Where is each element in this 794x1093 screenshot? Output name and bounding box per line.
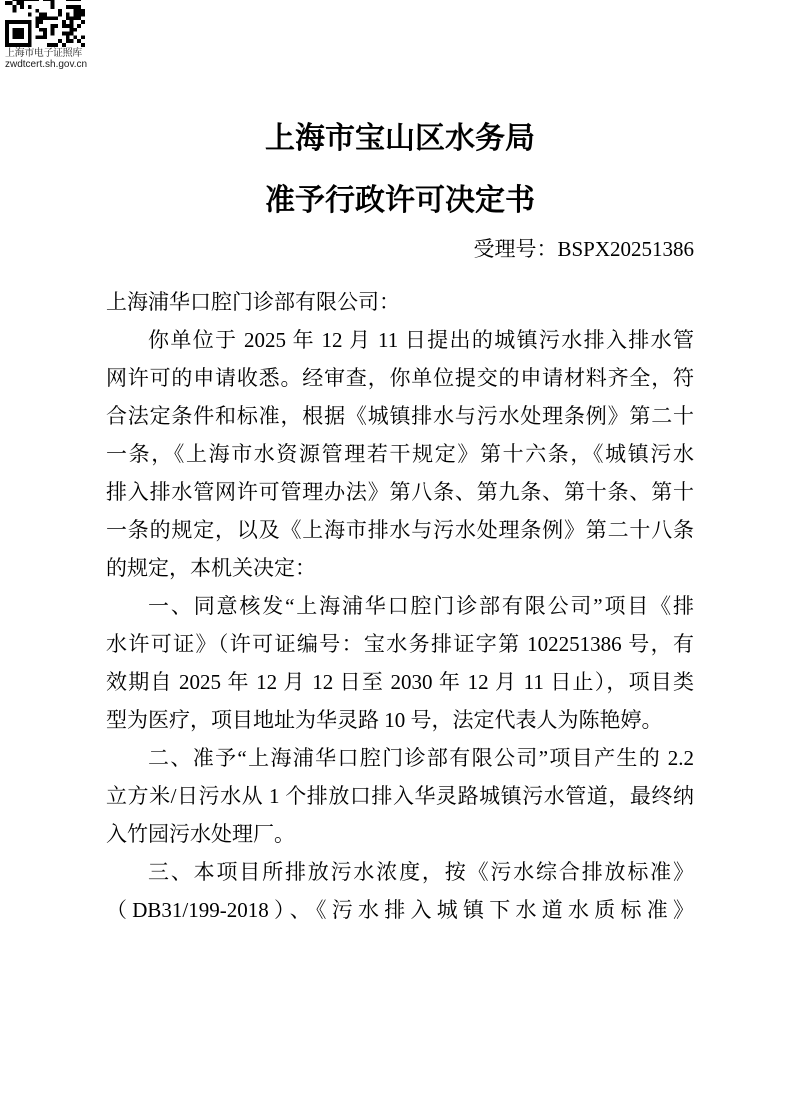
qr-clip bbox=[5, 0, 85, 47]
document-page: 上海市电子证照库 zwdtcert.sh.gov.cn 上海市宝山区水务局 准予… bbox=[0, 0, 794, 1093]
body-line: 你单位于 2025 年 12 月 11 日提出的城镇污水排入排水管 bbox=[106, 321, 694, 359]
acceptance-number-line: 受理号：BSPX20251386 bbox=[106, 236, 694, 263]
body-line: 三、本项目所排放污水浓度，按《污水综合排放标准》 bbox=[106, 853, 694, 891]
body-line: 入竹园污水处理厂。 bbox=[106, 815, 694, 853]
body-line: 合法定条件和标准，根据《城镇排水与污水处理条例》第二十 bbox=[106, 397, 694, 435]
body: 上海浦华口腔门诊部有限公司：你单位于 2025 年 12 月 11 日提出的城镇… bbox=[106, 283, 694, 929]
qr-code-icon bbox=[5, 0, 85, 47]
qr-url: zwdtcert.sh.gov.cn bbox=[5, 59, 93, 70]
body-line: 立方米/日污水从 1 个排放口排入华灵路城镇污水管道，最终纳 bbox=[106, 777, 694, 815]
body-line: 的规定，本机关决定： bbox=[106, 549, 694, 587]
body-line: 效期自 2025 年 12 月 12 日至 2030 年 12 月 11 日止）… bbox=[106, 663, 694, 701]
document-title: 准予行政许可决定书 bbox=[106, 183, 694, 219]
qr-block: 上海市电子证照库 zwdtcert.sh.gov.cn bbox=[5, 0, 93, 70]
qr-library-label: 上海市电子证照库 bbox=[5, 48, 93, 59]
acceptance-label: 受理号： bbox=[473, 237, 557, 261]
body-line: 一条的规定，以及《上海市排水与污水处理条例》第二十八条 bbox=[106, 511, 694, 549]
body-line: （DB31/199-2018）、《污水排入城镇下水道水质标准》 bbox=[106, 891, 694, 929]
body-line: 排入排水管网许可管理办法》第八条、第九条、第十条、第十 bbox=[106, 473, 694, 511]
agency-title: 上海市宝山区水务局 bbox=[106, 121, 694, 157]
body-line: 水许可证》（许可证编号：宝水务排证字第 102251386 号，有 bbox=[106, 625, 694, 663]
body-line: 二、准予“上海浦华口腔门诊部有限公司”项目产生的 2.2 bbox=[106, 739, 694, 777]
body-line: 一条，《上海市水资源管理若干规定》第十六条，《城镇污水 bbox=[106, 435, 694, 473]
body-line: 型为医疗，项目地址为华灵路 10 号，法定代表人为陈艳婷。 bbox=[106, 701, 694, 739]
document-content: 上海市宝山区水务局 准予行政许可决定书 受理号：BSPX20251386 上海浦… bbox=[106, 0, 694, 929]
body-line: 一、同意核发“上海浦华口腔门诊部有限公司”项目《排 bbox=[106, 587, 694, 625]
body-line: 上海浦华口腔门诊部有限公司： bbox=[106, 283, 694, 321]
body-line: 网许可的申请收悉。经审查，你单位提交的申请材料齐全，符 bbox=[106, 359, 694, 397]
acceptance-number: BSPX20251386 bbox=[557, 237, 694, 261]
